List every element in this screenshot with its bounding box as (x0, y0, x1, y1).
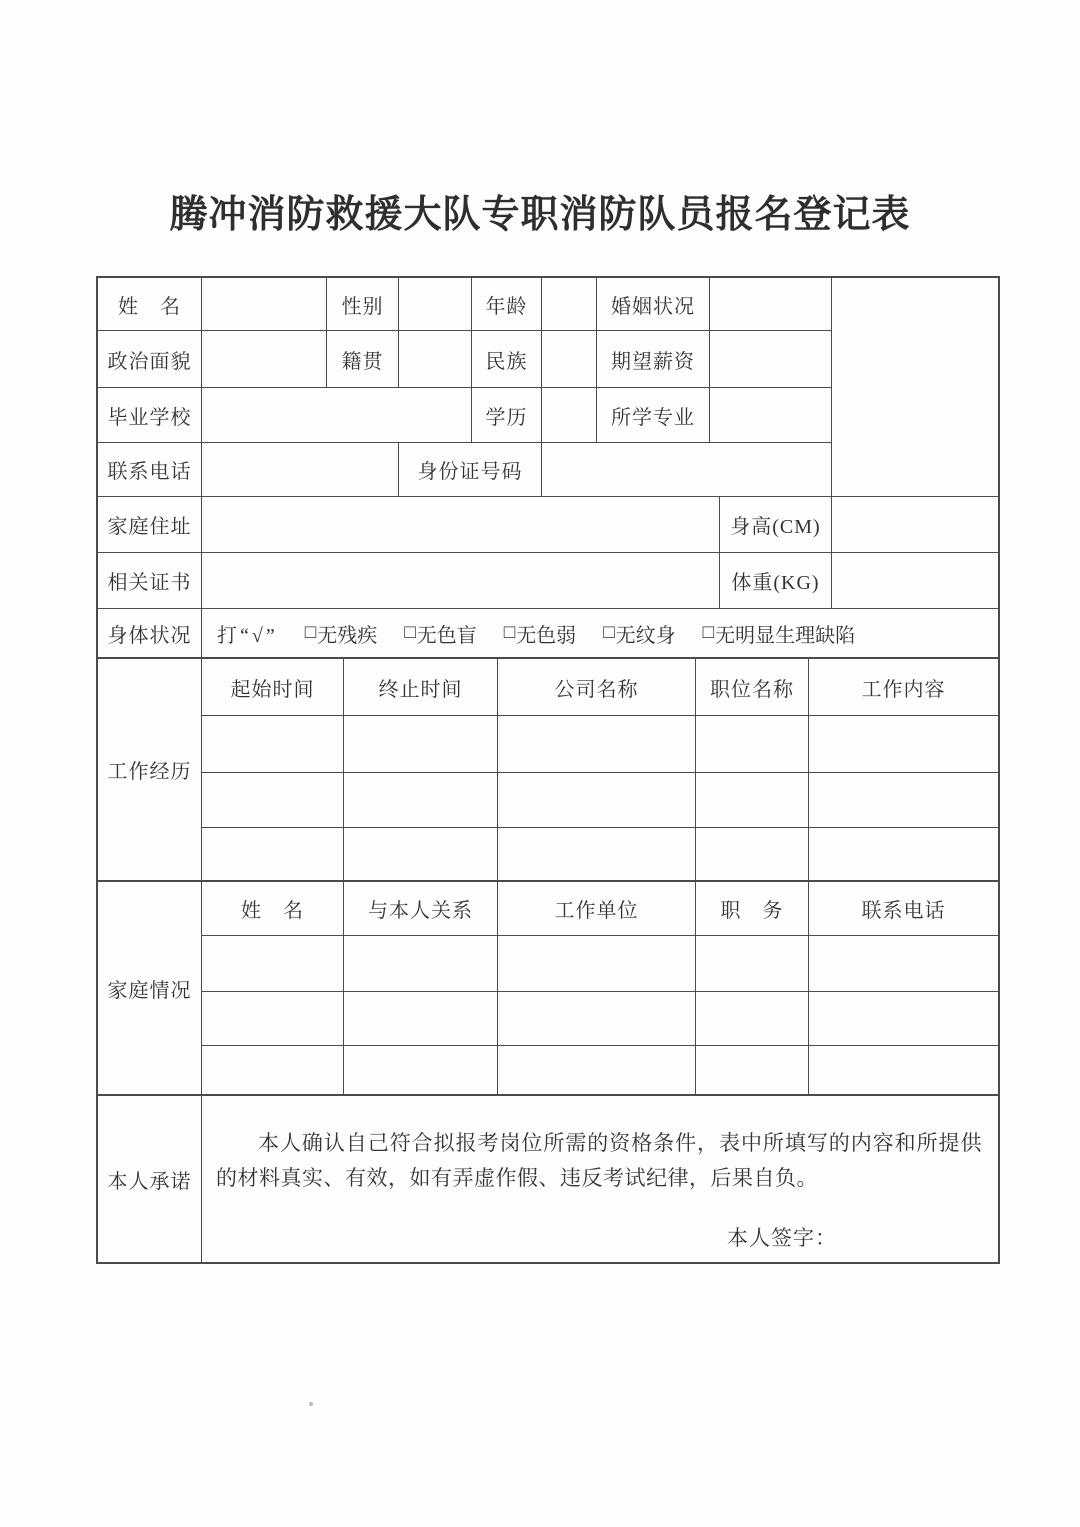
family-header-row: 姓 名 与本人关系 工作单位 职 务 联系电话 (202, 882, 998, 936)
age-label: 年龄 (472, 278, 542, 330)
family-cell (809, 992, 998, 1045)
ethnicity-label: 民族 (472, 331, 542, 387)
work-cell (498, 773, 696, 827)
work-cell (344, 716, 498, 772)
work-cell (696, 716, 809, 772)
height-label: 身高(CM) (720, 497, 832, 552)
promise-content: 本人确认自己符合拟报考岗位所需的资格条件，表中所填写的内容和所提供的材料真实、有… (202, 1096, 998, 1262)
address-value-cell (202, 497, 720, 552)
id-number-value-cell (542, 443, 831, 496)
address-label: 家庭住址 (98, 497, 202, 552)
row-political: 政治面貌 籍贯 民族 期望薪资 (98, 331, 831, 388)
family-header-employer: 工作单位 (498, 882, 696, 935)
checkbox-option-label: 无色弱 (516, 619, 576, 648)
work-experience-table: 起始时间 终止时间 公司名称 职位名称 工作内容 (202, 659, 998, 880)
checkbox-option-no-tattoo: □无纹身 (603, 619, 675, 648)
checkbox-icon: □ (504, 622, 515, 644)
marital-label: 婚姻状况 (597, 278, 710, 330)
checkbox-icon: □ (703, 622, 714, 644)
salary-value-cell (710, 331, 831, 387)
family-header-name: 姓 名 (202, 882, 344, 935)
row-name: 姓 名 性别 年龄 婚姻状况 (98, 278, 831, 331)
work-cell (202, 716, 344, 772)
family-empty-row (202, 992, 998, 1046)
family-cell (202, 1046, 344, 1094)
scanned-form-page: 腾冲消防救援大队专职消防队员报名登记表 姓 名 性别 年龄 婚姻状况 政治面貌 (0, 0, 1080, 1527)
work-experience-label: 工作经历 (98, 659, 202, 880)
row-certificate: 相关证书 体重(KG) (98, 553, 998, 609)
family-table: 姓 名 与本人关系 工作单位 职 务 联系电话 (202, 882, 998, 1094)
work-header-duty: 工作内容 (809, 659, 998, 715)
gender-value-cell (399, 278, 472, 330)
salary-label: 期望薪资 (597, 331, 710, 387)
family-cell (809, 1046, 998, 1094)
physical-condition-options: 打“√” □无残疾 □无色盲 □无色弱 □无纹身 □无明显生理缺陷 (202, 609, 998, 657)
work-empty-row (202, 828, 998, 880)
marital-value-cell (710, 278, 831, 330)
work-cell (202, 773, 344, 827)
work-cell (344, 828, 498, 880)
checkbox-icon: □ (404, 622, 415, 644)
checkbox-option-no-disability: □无残疾 (305, 619, 377, 648)
promise-text: 本人确认自己符合拟报考岗位所需的资格条件，表中所填写的内容和所提供的材料真实、有… (202, 1096, 998, 1196)
work-header-row: 起始时间 终止时间 公司名称 职位名称 工作内容 (202, 659, 998, 716)
checkbox-option-label: 无纹身 (616, 619, 676, 648)
checkbox-option-no-defect: □无明显生理缺陷 (703, 619, 855, 648)
checkbox-option-label: 无残疾 (317, 619, 377, 648)
work-cell (809, 773, 998, 827)
certificate-label: 相关证书 (98, 553, 202, 608)
row-physical-condition: 身体状况 打“√” □无残疾 □无色盲 □无色弱 □无纹身 □无明显生理缺陷 (98, 609, 998, 657)
family-cell (696, 1046, 809, 1094)
family-cell (202, 992, 344, 1045)
family-cell (344, 936, 498, 991)
gender-label: 性别 (327, 278, 399, 330)
signature-label: 本人签字： (727, 1222, 837, 1252)
family-cell (498, 992, 696, 1045)
phone-value-cell (202, 443, 399, 496)
education-label: 学历 (472, 388, 542, 442)
family-cell (344, 992, 498, 1045)
family-header-phone: 联系电话 (809, 882, 998, 935)
weight-value-cell (832, 553, 998, 608)
row-school: 毕业学校 学历 所学专业 (98, 388, 831, 443)
family-empty-row (202, 936, 998, 992)
school-label: 毕业学校 (98, 388, 202, 442)
certificate-value-cell (202, 553, 720, 608)
age-value-cell (542, 278, 597, 330)
name-value-cell (202, 278, 327, 330)
political-value-cell (202, 331, 327, 387)
education-value-cell (542, 388, 597, 442)
checkbox-icon: □ (305, 622, 316, 644)
name-label: 姓 名 (98, 278, 202, 330)
work-empty-row (202, 716, 998, 773)
family-section: 家庭情况 姓 名 与本人关系 工作单位 职 务 联系电话 (98, 880, 998, 1094)
tick-instruction: 打“√” (217, 619, 278, 648)
family-cell (498, 936, 696, 991)
checkbox-option-label: 无明显生理缺陷 (715, 619, 855, 648)
family-cell (696, 992, 809, 1045)
family-cell (809, 936, 998, 991)
row-phone: 联系电话 身份证号码 (98, 443, 831, 496)
family-header-position: 职 务 (696, 882, 809, 935)
work-cell (696, 828, 809, 880)
major-label: 所学专业 (597, 388, 710, 442)
weight-label: 体重(KG) (720, 553, 832, 608)
native-place-label: 籍贯 (327, 331, 399, 387)
work-cell (809, 716, 998, 772)
checkbox-option-no-color-blindness: □无色盲 (404, 619, 476, 648)
checkbox-icon: □ (603, 622, 614, 644)
major-value-cell (710, 388, 831, 442)
work-header-start: 起始时间 (202, 659, 344, 715)
photo-box (832, 278, 998, 496)
political-label: 政治面貌 (98, 331, 202, 387)
basic-info-grid: 姓 名 性别 年龄 婚姻状况 政治面貌 籍贯 民族 期望薪资 (98, 278, 832, 496)
ethnicity-value-cell (542, 331, 597, 387)
work-cell (809, 828, 998, 880)
family-cell (344, 1046, 498, 1094)
work-header-position: 职位名称 (696, 659, 809, 715)
form-title: 腾冲消防救援大队专职消防队员报名登记表 (0, 183, 1080, 238)
promise-label: 本人承诺 (98, 1096, 202, 1262)
family-label: 家庭情况 (98, 882, 202, 1094)
family-cell (498, 1046, 696, 1094)
registration-form-table: 姓 名 性别 年龄 婚姻状况 政治面貌 籍贯 民族 期望薪资 (96, 276, 1000, 1264)
height-value-cell (832, 497, 998, 552)
work-header-company: 公司名称 (498, 659, 696, 715)
checkbox-option-label: 无色盲 (417, 619, 477, 648)
family-header-relation: 与本人关系 (344, 882, 498, 935)
family-cell (202, 936, 344, 991)
work-cell (344, 773, 498, 827)
work-header-end: 终止时间 (344, 659, 498, 715)
family-empty-row (202, 1046, 998, 1094)
work-cell (696, 773, 809, 827)
promise-section: 本人承诺 本人确认自己符合拟报考岗位所需的资格条件，表中所填写的内容和所提供的材… (98, 1094, 998, 1262)
phone-label: 联系电话 (98, 443, 202, 496)
basic-info-section: 姓 名 性别 年龄 婚姻状况 政治面貌 籍贯 民族 期望薪资 (98, 278, 998, 497)
work-cell (202, 828, 344, 880)
work-cell (498, 716, 696, 772)
work-cell (498, 828, 696, 880)
id-number-label: 身份证号码 (399, 443, 542, 496)
work-experience-section: 工作经历 起始时间 终止时间 公司名称 职位名称 工作内容 (98, 657, 998, 880)
school-value-cell (202, 388, 472, 442)
scan-artifact-dot (309, 1402, 313, 1406)
work-empty-row (202, 773, 998, 828)
physical-condition-label: 身体状况 (98, 609, 202, 657)
row-address: 家庭住址 身高(CM) (98, 497, 998, 553)
checkbox-option-no-color-weakness: □无色弱 (504, 619, 576, 648)
family-cell (696, 936, 809, 991)
native-place-value-cell (399, 331, 472, 387)
